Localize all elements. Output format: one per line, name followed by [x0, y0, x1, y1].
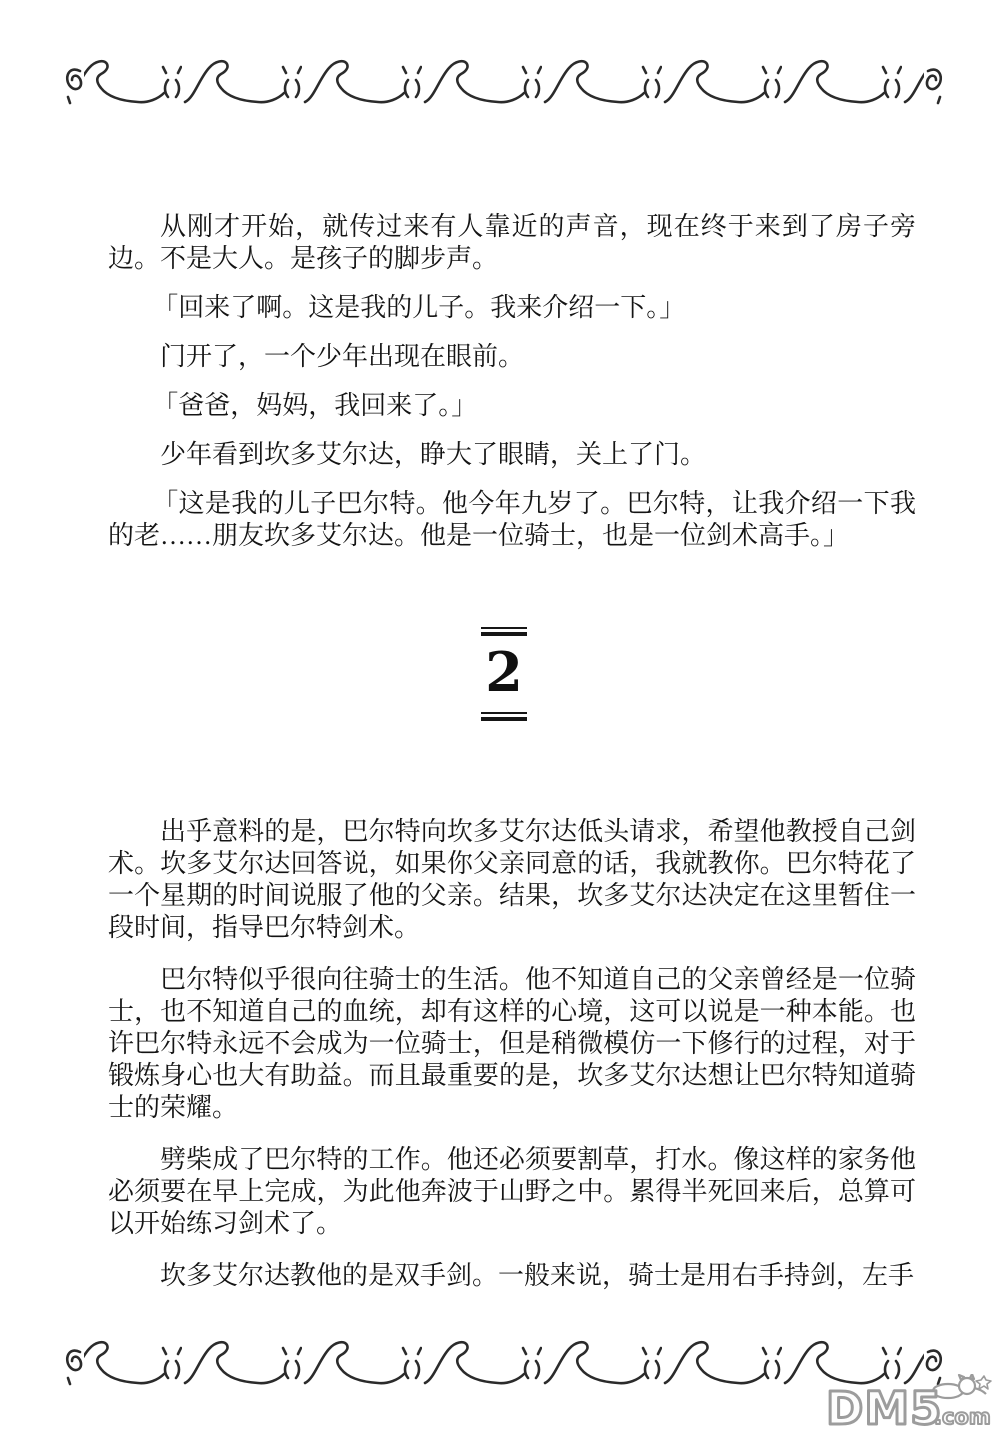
- bottom-border-ornament: [62, 1336, 946, 1394]
- chapter-divider: 2: [0, 627, 1008, 721]
- paragraph: 劈柴成了巴尔特的工作。他还必须要割草，打水。像这样的家务他必须要在早上完成，为此…: [108, 1144, 916, 1240]
- paragraph: 「爸爸，妈妈，我回来了。」: [108, 390, 916, 422]
- top-border-ornament: [62, 55, 946, 113]
- paragraph: 门开了，一个少年出现在眼前。: [108, 341, 916, 373]
- paragraph: 从刚才开始，就传过来有人靠近的声音，现在终于来到了房子旁边。不是大人。是孩子的脚…: [108, 211, 916, 275]
- chapter-number: 2: [485, 650, 523, 694]
- divider-rule-bottom: [481, 712, 527, 721]
- dm5-watermark: DM5 .com: [824, 1374, 996, 1432]
- paragraph: 巴尔特似乎很向往骑士的生活。他不知道自己的父亲曾经是一位骑士，也不知道自己的血统…: [108, 964, 916, 1124]
- divider-rule-top: [481, 627, 527, 636]
- watermark-brand: DM5: [826, 1382, 942, 1432]
- paragraph: 「这是我的儿子巴尔特。他今年九岁了。巴尔特，让我介绍一下我的老……朋友坎多艾尔达…: [108, 488, 916, 552]
- text-section-1: 从刚才开始，就传过来有人靠近的声音，现在终于来到了房子旁边。不是大人。是孩子的脚…: [108, 211, 916, 569]
- text-section-2: 出乎意料的是，巴尔特向坎多艾尔达低头请求，希望他教授自己剑术。坎多艾尔达回答说，…: [108, 816, 916, 1312]
- watermark-suffix: .com: [934, 1405, 991, 1429]
- paragraph: 坎多艾尔达教他的是双手剑。一般来说，骑士是用右手持剑，左手: [108, 1260, 916, 1292]
- paragraph: 出乎意料的是，巴尔特向坎多艾尔达低头请求，希望他教授自己剑术。坎多艾尔达回答说，…: [108, 816, 916, 944]
- paragraph: 「回来了啊。这是我的儿子。我来介绍一下。」: [108, 292, 916, 324]
- paragraph: 少年看到坎多艾尔达，睁大了眼睛，关上了门。: [108, 439, 916, 471]
